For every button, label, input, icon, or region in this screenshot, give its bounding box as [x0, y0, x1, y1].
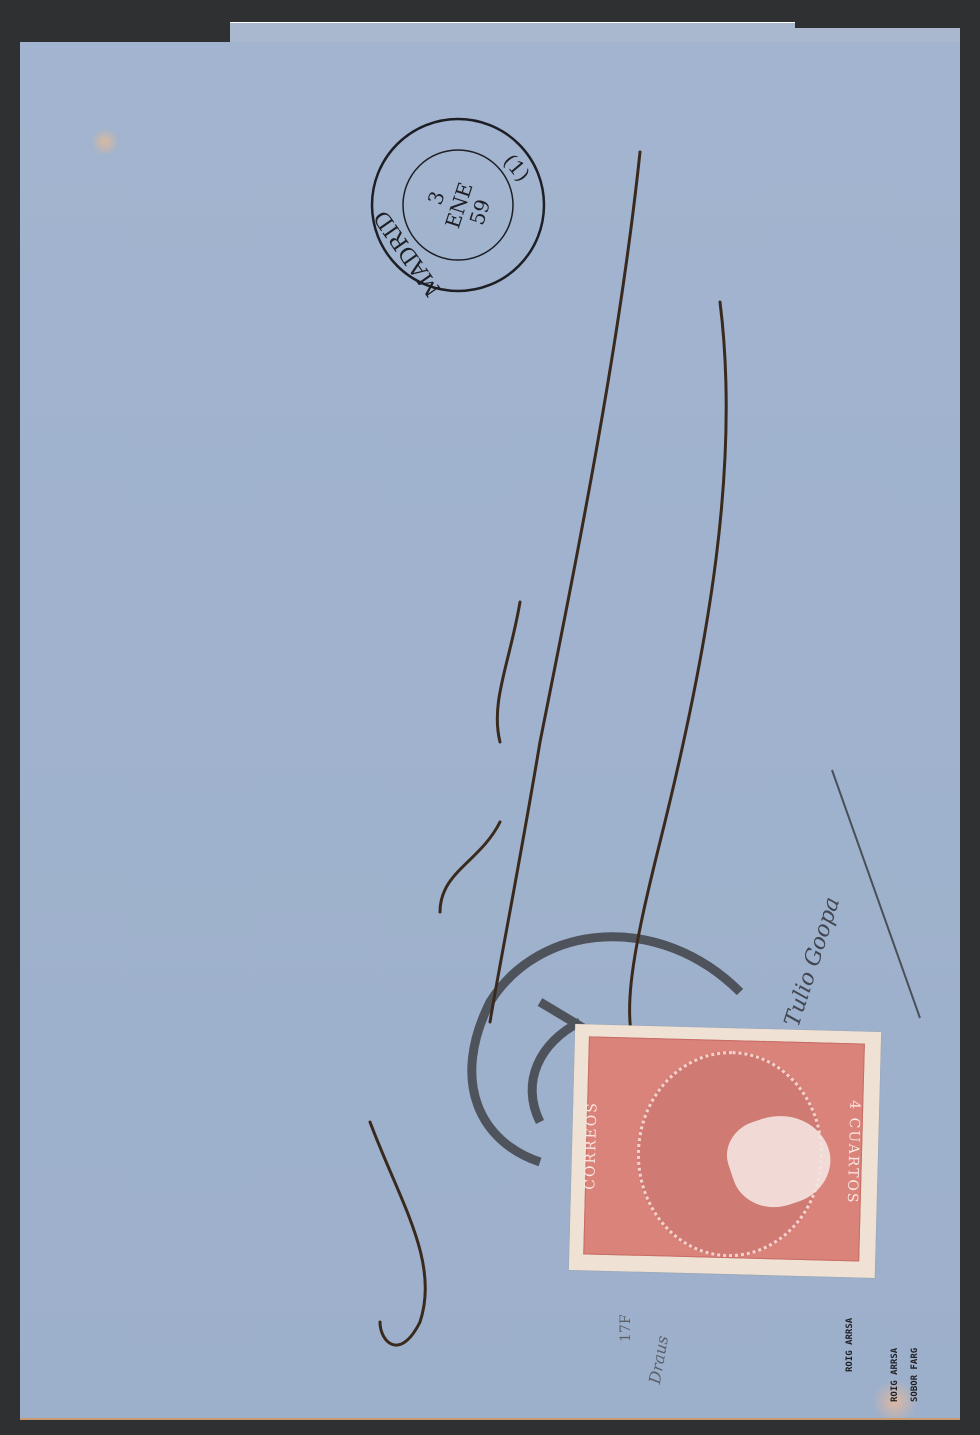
stamp-portrait-oval	[634, 1049, 825, 1260]
queen-portrait	[718, 1102, 841, 1219]
postmark-city: MADRID	[369, 205, 446, 300]
stamp-text-value: 4 CUARTOS	[844, 1100, 863, 1205]
expertise-mark-1: ROIG ARRSA	[890, 1348, 901, 1402]
postage-stamp: CORREOS 4 CUARTOS	[569, 1024, 881, 1278]
expertise-mark-2: SOBOR FARG	[910, 1348, 921, 1402]
pencil-number: 17F	[618, 1314, 634, 1342]
pencil-annotation-line	[832, 770, 920, 1018]
expertise-mark-3: ROIG ARRSA	[845, 1318, 856, 1372]
stamp-text-correos: CORREOS	[582, 1101, 600, 1190]
postmark-number: (1)	[498, 149, 535, 186]
